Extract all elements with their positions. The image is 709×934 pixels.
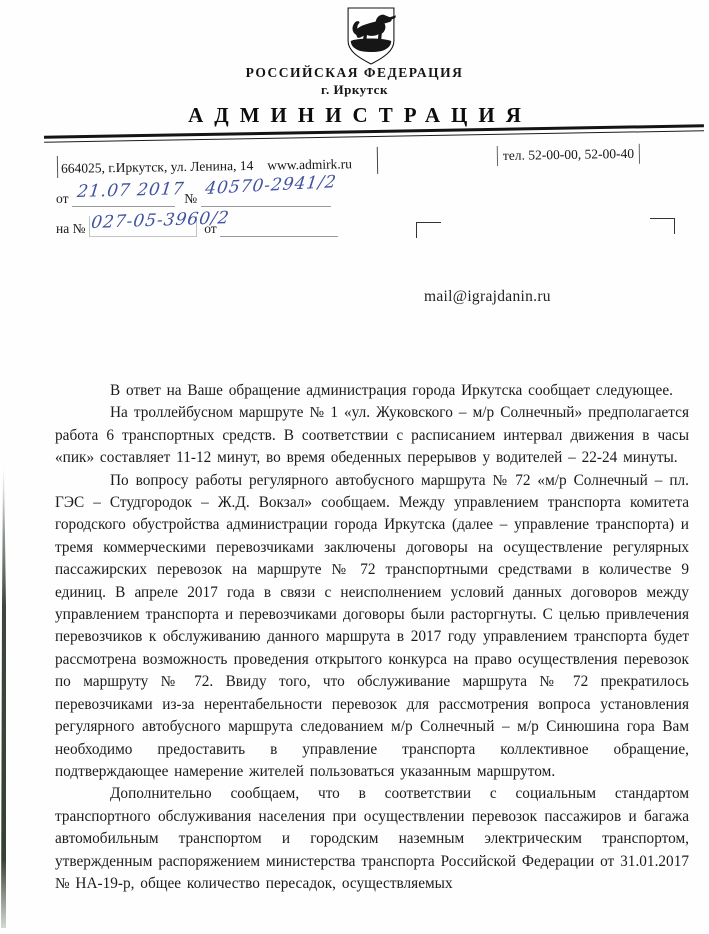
country-name: РОССИЙСКАЯ ФЕДЕРАЦИЯ — [0, 65, 709, 81]
address-cell-border — [57, 156, 58, 178]
address-bar: 664025, г.Иркутск, ул. Ленина, 14www.adm… — [45, 142, 700, 184]
irkutsk-coat-of-arms-icon — [332, 6, 410, 68]
phone-text: тел. 52-00-00, 52-00-40 — [497, 144, 640, 166]
website-text: www.admirk.ru — [267, 156, 352, 172]
body-paragraph: По вопросу работы регулярного автобусног… — [55, 470, 689, 784]
address-window-bracket-right — [650, 218, 675, 234]
body-paragraph: На троллейбусном маршруте № 1 «ул. Жуков… — [55, 402, 689, 469]
postal-address: 664025, г.Иркутск, ул. Ленина, 14 — [61, 158, 253, 176]
body-paragraph: Дополнительно сообщаем, что в соответств… — [55, 783, 689, 895]
incoming-date-field — [220, 216, 338, 237]
reference-block: от № 21.07 2017 40570-2941/2 на № от 027… — [56, 186, 356, 246]
address-window-bracket-left — [416, 222, 441, 238]
outgoing-number-label: № — [184, 191, 197, 207]
address-phone-divider — [377, 147, 378, 174]
letter-body: В ответ на Ваше обращение администрация … — [55, 380, 689, 895]
scan-artifact-left-edge — [1, 468, 6, 928]
outgoing-date-label: от — [56, 191, 68, 207]
city-name: г. Иркутск — [0, 82, 709, 98]
handwritten-outgoing-date: 21.07 2017 — [76, 179, 186, 202]
incoming-number-label: на № — [56, 221, 85, 237]
recipient-email: mail@igrajdanin.ru — [424, 288, 551, 306]
body-paragraph: В ответ на Ваше обращение администрация … — [55, 380, 689, 402]
incoming-reference-row: на № от 027-05-3960/2 — [56, 216, 356, 246]
organization-title: АДМИНИСТРАЦИЯ — [0, 103, 709, 128]
scanned-letter-page: РОССИЙСКАЯ ФЕДЕРАЦИЯ г. Иркутск АДМИНИСТ… — [0, 0, 709, 934]
